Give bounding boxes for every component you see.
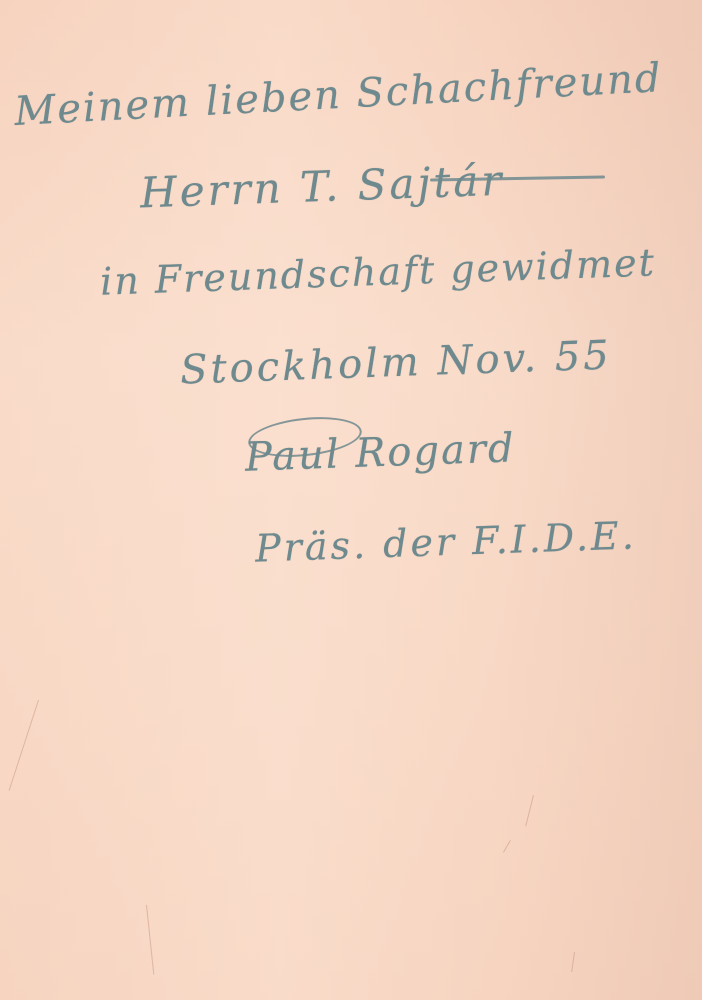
paper-fiber xyxy=(571,952,575,972)
book-flyleaf-page: Meinem lieben Schachfreund Herrn T. Sajt… xyxy=(0,0,702,1000)
inscription-place-date: Stockholm Nov. 55 xyxy=(179,332,612,393)
paper-fiber xyxy=(525,795,534,826)
paper-fiber xyxy=(503,840,511,853)
inscription-title: Präs. der F.I.D.E. xyxy=(254,513,637,570)
inscription-salutation: Meinem lieben Schachfreund xyxy=(13,55,663,135)
paper-fiber xyxy=(9,700,39,791)
inscription-dedication: in Freundschaft gewidmet xyxy=(99,240,656,303)
inscription-recipient: Herrn T. Sajtár xyxy=(139,156,505,218)
paper-fiber xyxy=(146,905,154,975)
inscription-signature: Paul Rogard xyxy=(244,425,516,480)
